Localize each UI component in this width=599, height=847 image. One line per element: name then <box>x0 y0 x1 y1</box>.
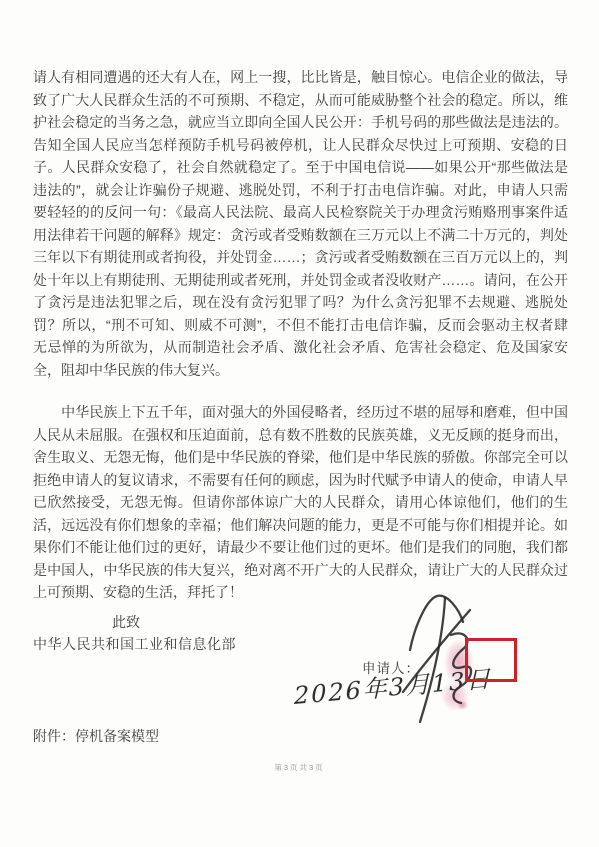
text-line: 违法的”，就会让诈骗份子规避、逃脱处罚，不利于打击电信诈骗。对此，申请人只需 <box>33 179 568 202</box>
text-line: 要轻轻的的反问一句：《最高人民法院、最高人民检察院关于办理贪污贿赂刑事案件适 <box>33 201 568 224</box>
text-line: 全，阻却中华民族的伟大复兴。 <box>33 359 568 382</box>
text-line: 人民从未屈服。在强权和压迫面前，总有数不胜数的民族英雄，义无反顾的挺身而出， <box>33 424 568 447</box>
text-line: 上可预期、安稳的生活，拜托了！ <box>33 581 568 604</box>
text-line: 致了广大人民群众生活的不可预期、不稳定，从而可能威胁整个社会的稳定。所以，维 <box>33 89 568 112</box>
text-line: 告知全国人民应当怎样预防手机号码被停机，让人民群众尽快过上可预期、安稳的日 <box>33 134 568 157</box>
text-line: 无忌惮的为所欲为，从而制造社会矛盾、激化社会矛盾、危害社会稳定、危及国家安 <box>33 336 568 359</box>
scanned-letter-page: 请人有相同遭遇的还大有人在，网上一搜，比比皆是，触目惊心。电信企业的做法，导致了… <box>0 0 599 847</box>
paragraph-nation-appeal: 中华民族上下五千年，面对强大的外国侵略者，经历过不堪的屈辱和磨难，但中国人民从未… <box>33 401 568 604</box>
paragraph-telecom-argument: 请人有相同遭遇的还大有人在，网上一搜，比比皆是，触目惊心。电信企业的做法，导致了… <box>33 66 568 381</box>
text-line: 中华民族上下五千年，面对强大的外国侵略者，经历过不堪的屈辱和磨难，但中国 <box>33 401 568 424</box>
closing-salutation: 此致 <box>112 611 568 634</box>
text-line: 舍生取义、无怨无悔，他们是中华民族的脊梁，他们是中华民族的骄傲。你部完全可以 <box>33 446 568 469</box>
text-line: 罚？所以，“刑不可知、则威不可测”，不但不能打击电信诈骗，反而会驱动主权者肆 <box>33 314 568 337</box>
redaction-box <box>465 638 517 682</box>
text-line: 活，远远没有你们想象的幸福；他们解决问题的能力，更是不可能与你们相提并论。如 <box>33 514 568 537</box>
page-number: 第3页共3页 <box>0 762 599 773</box>
text-line: 了贪污是违法犯罪之后，现在没有贪污犯罪了吗？为什么贪污犯罪不去规避、逃脱处 <box>33 291 568 314</box>
text-line: 护社会稳定的当务之急，就应当立即向全国人民公开：手机号码的那些做法是违法的。 <box>33 111 568 134</box>
text-line: 已欣然接受，无怨无悔。但请你部体谅广大的人民群众，请用心体谅他们，他们的生 <box>33 491 568 514</box>
text-line: 请人有相同遭遇的还大有人在，网上一搜，比比皆是，触目惊心。电信企业的做法，导 <box>33 66 568 89</box>
text-line: 果你们不能让他们过的更好，请最少不要让他们过的更坏。他们是我们的同胞，我们都 <box>33 536 568 559</box>
text-line: 处十年以上有期徒刑、无期徒刑或者死刑，并处罚金或者没收财产……。请问，在公开 <box>33 269 568 292</box>
letter-body: 请人有相同遭遇的还大有人在，网上一搜，比比皆是，触目惊心。电信企业的做法，导致了… <box>33 66 568 656</box>
text-line: 子。人民群众安稳了，社会自然就稳定了。至于中国电信说——如果公开“那些做法是 <box>33 156 568 179</box>
text-line: 拒绝申请人的复议请求，不需要有任何的顾虑，因为时代赋予申请人的使命，申请人早 <box>33 469 568 492</box>
text-line: 三年以下有期徒刑或者拘役，并处罚金……；贪污或者受贿数额在三百万元以上的，判 <box>33 246 568 269</box>
text-line: 用法律若干问题的解释》规定：贪污或者受贿数额在三万元以上不满二十万元的，判处 <box>33 224 568 247</box>
text-line: 是中国人，中华民族的伟大复兴，绝对离不开广大的人民群众，请让广大的人民群众过 <box>33 559 568 582</box>
attachment-line: 附件：停机备案模型 <box>33 726 159 746</box>
